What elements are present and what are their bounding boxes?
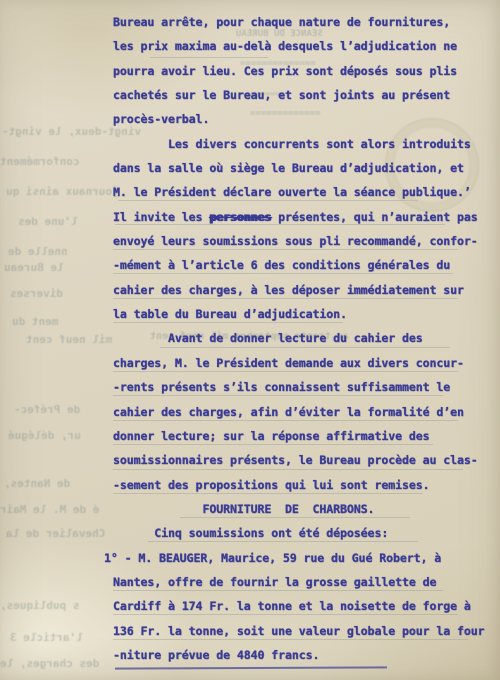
typed-line: Bureau arrête, pour chaque nature de fou…: [113, 10, 500, 34]
typed-line: la table du Bureau d’adjudication.: [113, 302, 500, 326]
typed-line: dans la salle où siège le Bureau d’adjud…: [113, 156, 500, 180]
typed-line: charges, M. le Président demande aux div…: [113, 351, 500, 375]
typed-line: cachetés sur le Bureau, et sont joints a…: [113, 83, 500, 107]
bleedthrough-text: nnelle de: [8, 246, 68, 258]
bleedthrough-text: ment du: [12, 316, 58, 328]
bleedthrough-text: l’une des: [18, 216, 78, 228]
bleedthrough-text: de Nantes,: [4, 478, 70, 490]
typed-line: Nantes, offre de fournir la grosse gaill…: [113, 570, 500, 594]
typed-line: donner lecture; sur la réponse affirmati…: [113, 424, 500, 448]
bleedthrough-text: Chevalier de la: [6, 528, 105, 540]
typed-line: M. le Président déclare ouverte la séanc…: [113, 180, 500, 204]
text-run: Il invite les: [113, 210, 209, 224]
typed-line: Cardiff à 174 Fr. la tonne et la noisett…: [113, 594, 500, 618]
typed-line: les prix maxima au-delà desquels l’adjud…: [113, 34, 500, 58]
typed-line: -niture prévue de 4840 francs.: [113, 643, 500, 667]
typed-line: Cinq soumissions ont été déposées:: [113, 521, 500, 545]
text-run: présentes, qui n’auraient pas: [271, 210, 477, 224]
bleedthrough-text: journaux ainsi qu: [6, 186, 119, 198]
bleedthrough-text: le Bureau: [4, 262, 64, 274]
typed-line: procès-verbal.: [113, 107, 500, 131]
typed-line: cahier des charges, à les déposer immédi…: [113, 278, 500, 302]
typed-line: soumissionnaires présents, le Bureau pro…: [113, 448, 500, 472]
typed-line: Les divers concurrents sont alors introd…: [113, 132, 500, 156]
bleedthrough-text: diverses: [10, 288, 63, 300]
bleedthrough-text: l’article 3: [10, 632, 83, 644]
typed-line: envoyé leurs soumissions sous pli recomm…: [113, 229, 500, 253]
typed-line: 136 Fr. la tonne, soit une valeur global…: [113, 619, 500, 643]
typed-line: cahier des charges, afin d’éviter la for…: [113, 400, 500, 424]
typed-text-block: Bureau arrête, pour chaque nature de fou…: [113, 10, 500, 667]
typed-line: 1° - M. BEAUGER, Maurice, 59 rue du Gué …: [104, 546, 500, 570]
bleedthrough-text: des charges, le: [0, 658, 99, 670]
bleedthrough-text: é de M. le Mair: [0, 504, 99, 516]
bleedthrough-text: ur, délégué: [8, 430, 81, 442]
typed-line: -rents présents s’ils connaissent suffis…: [113, 375, 500, 399]
typed-line: pourra avoir lieu. Ces prix sont déposés…: [113, 59, 500, 83]
typed-line: -mément à l’article 6 des conditions gén…: [113, 253, 500, 277]
overstruck-word: personnes: [209, 210, 271, 224]
bleedthrough-text: mil neuf cent: [26, 334, 112, 346]
scanned-document-page: { "document": { "kind": "typewritten-min…: [0, 0, 500, 680]
typed-line: -sement des propositions qui lui sont re…: [113, 473, 500, 497]
bleedthrough-text: conformément: [0, 156, 79, 168]
typed-line: Il invite les personnes présentes, qui n…: [113, 205, 500, 229]
bleedthrough-text: s publiques,: [0, 600, 79, 612]
bleedthrough-text: de Préfec-: [14, 404, 80, 416]
typed-line: FOURNITURE DE CHARBONS.: [113, 497, 500, 521]
typed-line: Avant de donner lecture du cahier des: [113, 326, 500, 350]
